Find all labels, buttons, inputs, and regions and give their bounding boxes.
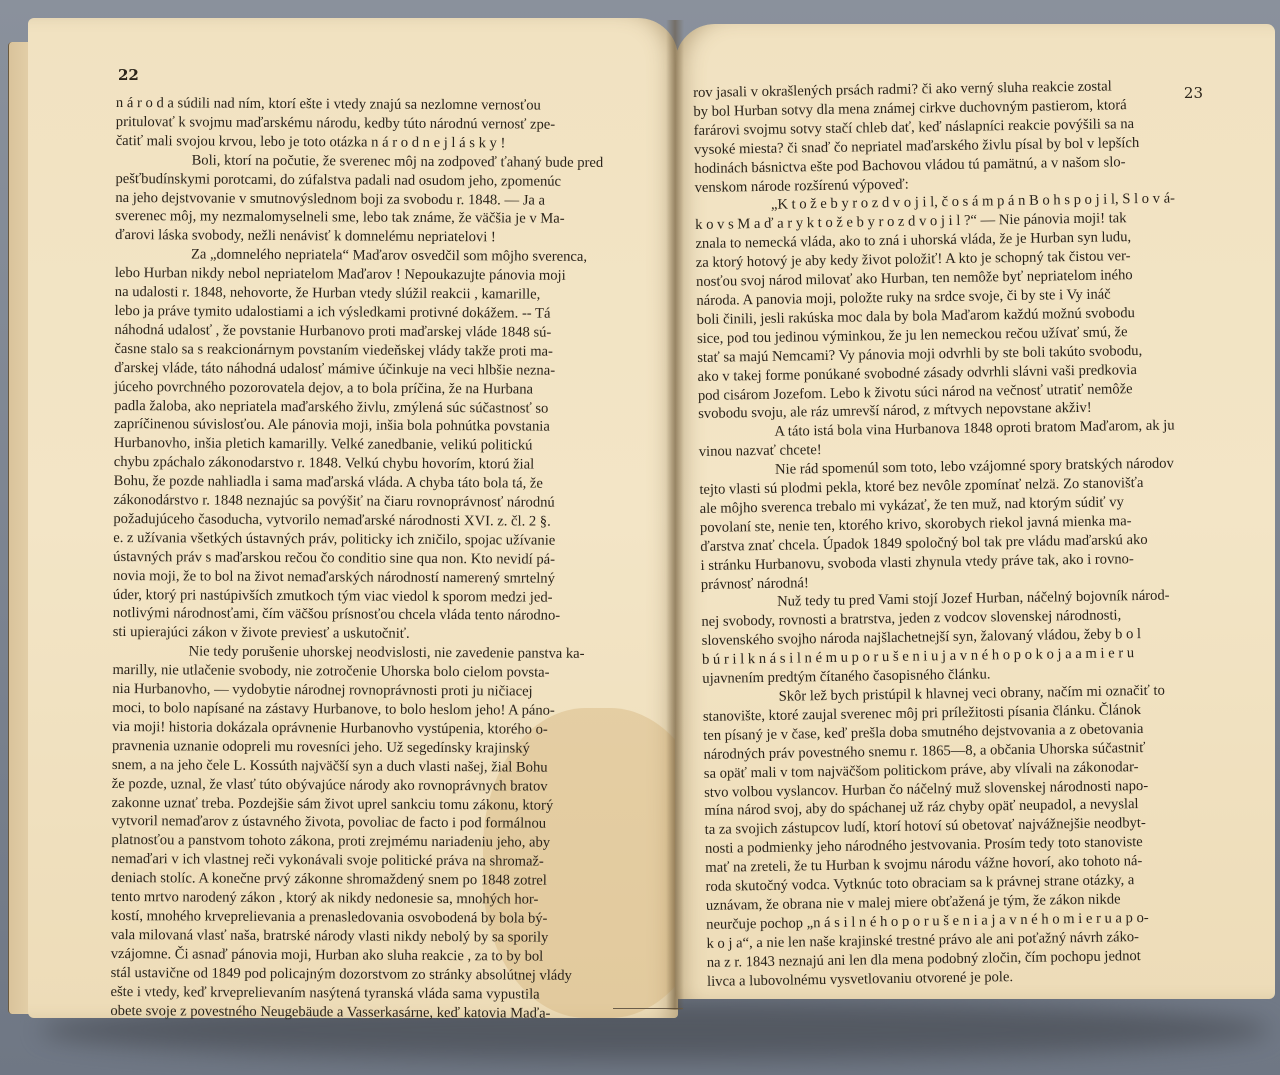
book-gutter [666,20,684,1010]
page-text: rov jasali v okrašlených prsách radmi? č… [693,76,1217,991]
right-page: 23 rov jasali v okrašlených prsách radmi… [675,24,1275,999]
open-book: 22 n á r o d a súdili nad ním, ktorí ešt… [0,0,1280,1075]
page-text: n á r o d a súdili nad ním, ktorí ešte i… [110,94,664,1024]
text-line: obete svoje z povestného Neugebäude a Va… [110,1001,658,1023]
page-number: 22 [118,66,139,84]
left-page: 22 n á r o d a súdili nad ním, ktorí ešt… [28,18,678,1018]
